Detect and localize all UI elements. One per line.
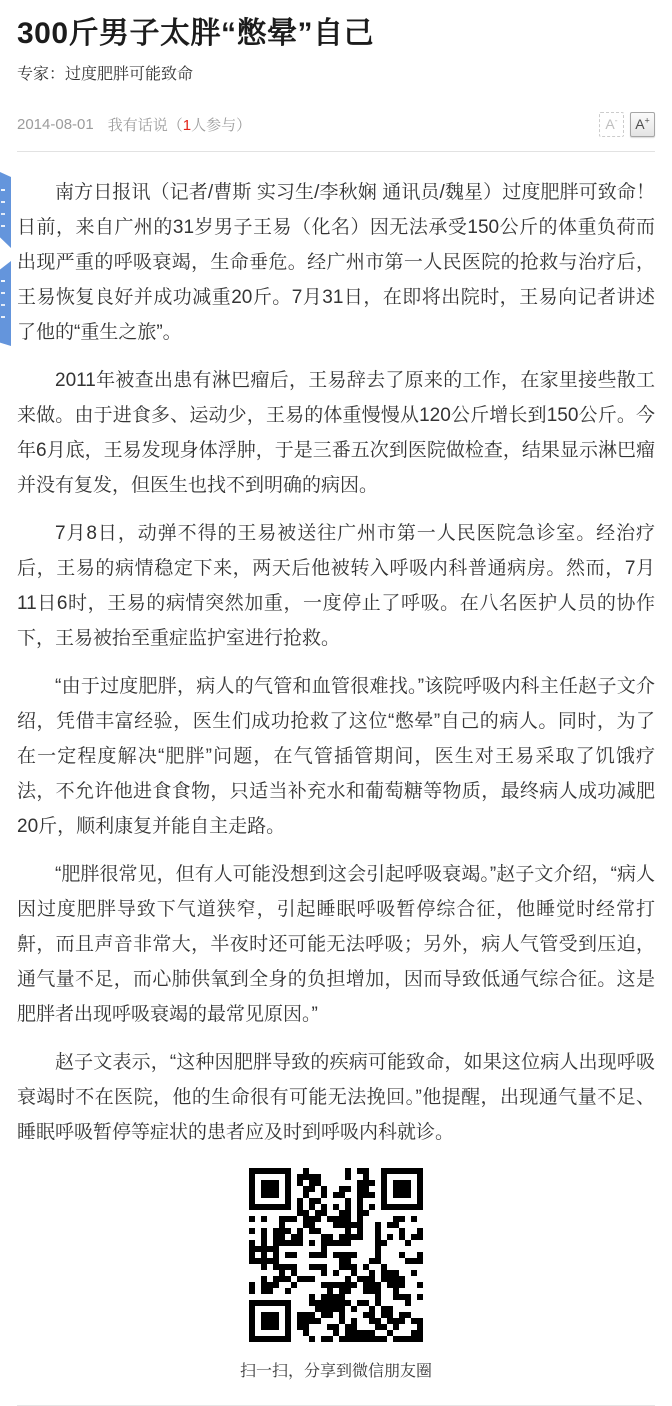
font-size-decrease-button[interactable]: A- xyxy=(599,112,624,137)
side-share-tab-upper-text-sliver xyxy=(1,189,5,191)
article-paragraph: 2011年被查出患有淋巴瘤后，王易辞去了原来的工作，在家里接些散工来做。由于进食… xyxy=(17,363,655,503)
article-paragraph: 赵子文表示，“这种因肥胖导致的疾病可能致命，如果这位病人出现呼吸衰竭时不在医院，… xyxy=(17,1045,655,1150)
comment-link[interactable]: 我有话说（1人参与） xyxy=(108,114,251,135)
meta-row: 2014-08-01 我有话说（1人参与） A- A+ xyxy=(17,109,655,139)
font-increase-letter: A xyxy=(635,116,644,132)
article-paragraph: “由于过度肥胖，病人的气管和血管很难找。”该院呼吸内科主任赵子文介绍，凭借丰富经… xyxy=(17,669,655,844)
wechat-share-block: 扫一扫，分享到微信朋友圈 xyxy=(17,1168,655,1381)
side-share-tab-lower[interactable] xyxy=(0,261,11,346)
article-subtitle: 专家：过度肥胖可能致命 xyxy=(17,61,655,84)
comment-count: 1 xyxy=(183,117,191,134)
article-paragraph: 南方日报讯（记者/曹斯 实习生/李秋娴 通讯员/魏星）过度肥胖可致命！日前，来自… xyxy=(17,175,655,350)
font-increase-sign: + xyxy=(645,115,650,125)
article-title: 300斤男子太胖“憋晕”自己 xyxy=(17,0,655,52)
side-share-tab-upper[interactable] xyxy=(0,172,11,248)
publish-date: 2014-08-01 xyxy=(17,116,94,133)
article-page: 300斤男子太胖“憋晕”自己 专家：过度肥胖可能致命 2014-08-01 我有… xyxy=(0,0,672,1406)
article-paragraph: “肥胖很常见，但有人可能没想到这会引起呼吸衰竭。”赵子文介绍，“病人因过度肥胖导… xyxy=(17,857,655,1032)
comment-link-prefix: 我有话说（ xyxy=(108,117,183,134)
qr-code xyxy=(249,1168,423,1342)
article-body: 南方日报讯（记者/曹斯 实习生/李秋娴 通讯员/魏星）过度肥胖可致命！日前，来自… xyxy=(17,152,655,1150)
article-paragraph: 7月8日，动弹不得的王易被送往广州市第一人民医院急诊室。经治疗后，王易的病情稳定… xyxy=(17,516,655,656)
font-size-increase-button[interactable]: A+ xyxy=(630,112,655,137)
comment-link-suffix: 人参与） xyxy=(191,117,251,134)
font-decrease-sign: - xyxy=(615,115,618,125)
side-share-tab-lower-text-sliver xyxy=(1,280,5,282)
qr-caption: 扫一扫，分享到微信朋友圈 xyxy=(17,1358,655,1381)
font-decrease-letter: A xyxy=(605,116,614,132)
